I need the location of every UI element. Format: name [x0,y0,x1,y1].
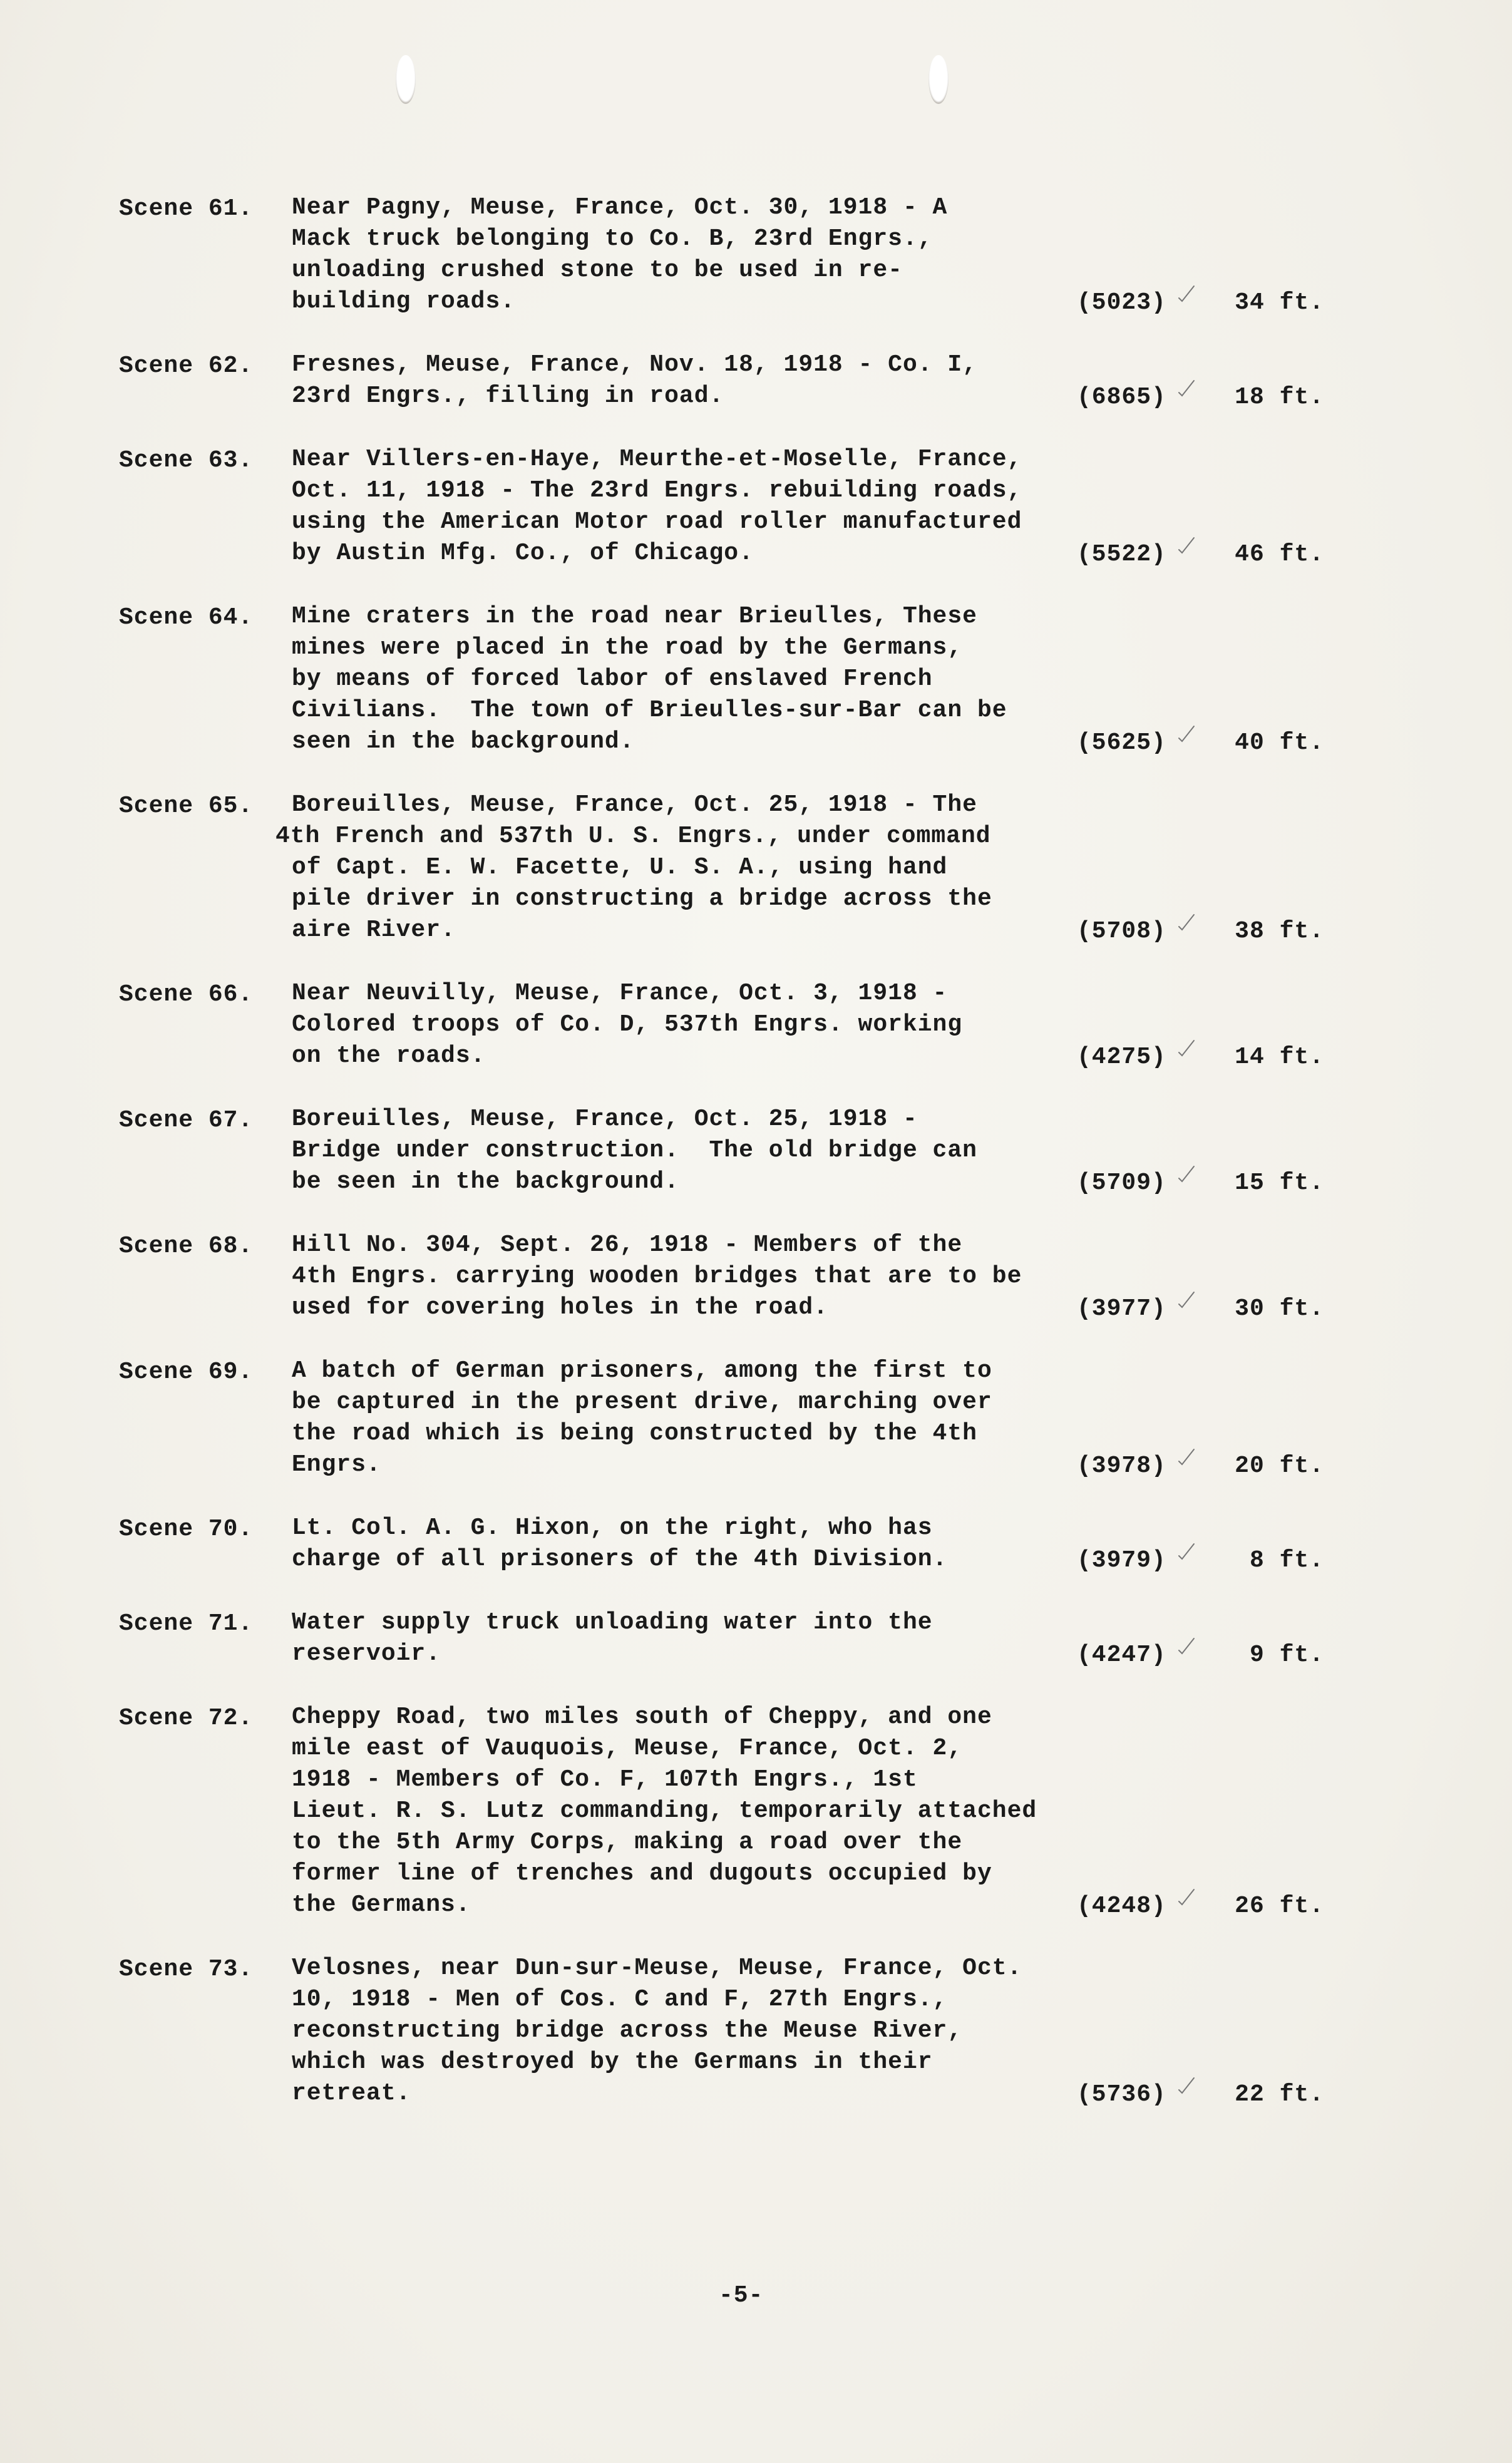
description-line: Velosnes, near Dun-sur-Meuse, Meuse, Fra… [292,1956,1022,1987]
footage-length: 34 ft. [1235,289,1324,316]
scene-label: Scene 64. [119,604,253,631]
description-line: seen in the background. [292,729,1007,761]
scene-label: Scene 65. [119,793,253,820]
description-line: 4th Engrs. carrying wooden bridges that … [292,1264,1022,1295]
pencil-check-icon [1177,536,1196,555]
reel-number: (6865) [1077,384,1166,411]
scene-label: Scene 69. [119,1359,253,1386]
reel-number: (5709) [1077,1170,1166,1196]
description-line: be captured in the present drive, marchi… [292,1390,992,1421]
scene-description: Hill No. 304, Sept. 26, 1918 - Members o… [292,1233,1022,1327]
pencil-check-icon [1177,1542,1196,1561]
document-page: Scene 61.Near Pagny, Meuse, France, Oct.… [0,0,1512,2463]
punch-hole-right [928,55,949,104]
description-line: using the American Motor road roller man… [292,510,1022,541]
description-line: by means of forced labor of enslaved Fre… [292,667,1007,698]
description-line: Near Villers-en-Haye, Meurthe-et-Moselle… [292,447,1022,478]
pencil-check-icon [1177,2076,1196,2095]
description-line: by Austin Mfg. Co., of Chicago. [292,541,1022,572]
scene-label: Scene 71. [119,1610,253,1637]
description-line: 10, 1918 - Men of Cos. C and F, 27th Eng… [292,1987,1022,2018]
footage-length: 15 ft. [1235,1170,1324,1196]
scene-description: Mine craters in the road near Brieulles,… [292,604,1007,761]
description-line: to the 5th Army Corps, making a road ove… [292,1830,1037,1861]
description-line: Bridge under construction. The old bridg… [292,1138,977,1170]
description-line: mines were placed in the road by the Ger… [292,635,1007,667]
scene-label: Scene 63. [119,447,253,474]
description-line: pile driver in constructing a bridge acr… [292,887,992,918]
footage-length: 46 ft. [1235,541,1324,568]
description-line: Boreuilles, Meuse, France, Oct. 25, 1918… [292,793,992,824]
footage-length: 9 ft. [1250,1642,1324,1669]
reel-number: (4275) [1077,1044,1166,1071]
description-line: Water supply truck unloading water into … [292,1610,933,1642]
description-line: 23rd Engrs., filling in road. [292,384,977,415]
description-line: Lt. Col. A. G. Hixon, on the right, who … [292,1516,947,1547]
description-line: the Germans. [292,1893,1037,1924]
footage-length: 26 ft. [1235,1893,1324,1920]
scene-description: Fresnes, Meuse, France, Nov. 18, 1918 - … [292,352,977,415]
footage-length: 22 ft. [1235,2081,1324,2108]
scene-description: Boreuilles, Meuse, France, Oct. 25, 1918… [292,793,992,949]
footage-length: 8 ft. [1250,1547,1324,1574]
description-line: be seen in the background. [292,1170,977,1201]
description-line: Engrs. [292,1453,992,1484]
footage-length: 40 ft. [1235,729,1324,756]
description-line: 4th French and 537th U. S. Engrs., under… [275,824,992,855]
description-line: unloading crushed stone to be used in re… [292,258,947,289]
page-number: -5- [719,2282,763,2309]
description-line: of Capt. E. W. Facette, U. S. A., using … [292,855,992,887]
reel-number: (3979) [1077,1547,1166,1574]
reel-number: (3978) [1077,1453,1166,1479]
scene-description: Near Neuvilly, Meuse, France, Oct. 3, 19… [292,981,962,1075]
scene-description: Near Pagny, Meuse, France, Oct. 30, 1918… [292,195,947,321]
scene-description: Near Villers-en-Haye, Meurthe-et-Moselle… [292,447,1022,572]
description-line: A batch of German prisoners, among the f… [292,1359,992,1390]
scene-label: Scene 73. [119,1956,253,1983]
pencil-check-icon [1177,1290,1196,1309]
description-line: Fresnes, Meuse, France, Nov. 18, 1918 - … [292,352,977,384]
pencil-check-icon [1177,284,1196,303]
scene-description: Lt. Col. A. G. Hixon, on the right, who … [292,1516,947,1578]
pencil-check-icon [1177,1637,1196,1655]
pencil-check-icon [1177,1165,1196,1183]
pencil-check-icon [1177,913,1196,932]
reel-number: (4248) [1077,1893,1166,1920]
description-line: Colored troops of Co. D, 537th Engrs. wo… [292,1012,962,1044]
description-line: Mack truck belonging to Co. B, 23rd Engr… [292,227,947,258]
description-line: Cheppy Road, two miles south of Cheppy, … [292,1705,1037,1736]
reel-number: (3977) [1077,1295,1166,1322]
pencil-check-icon [1177,379,1196,398]
scene-label: Scene 67. [119,1107,253,1134]
description-line: Near Pagny, Meuse, France, Oct. 30, 1918… [292,195,947,227]
reel-number: (4247) [1077,1642,1166,1669]
description-line: on the roads. [292,1044,962,1075]
description-line: used for covering holes in the road. [292,1295,1022,1327]
punch-hole-left [396,55,416,104]
description-line: which was destroyed by the Germans in th… [292,2050,1022,2081]
pencil-check-icon [1177,1447,1196,1466]
description-line: Near Neuvilly, Meuse, France, Oct. 3, 19… [292,981,962,1012]
footage-length: 38 ft. [1235,918,1324,945]
scene-description: Boreuilles, Meuse, France, Oct. 25, 1918… [292,1107,977,1201]
footage-length: 14 ft. [1235,1044,1324,1071]
pencil-check-icon [1177,724,1196,743]
scene-label: Scene 72. [119,1705,253,1732]
description-line: building roads. [292,289,947,321]
footage-length: 18 ft. [1235,384,1324,411]
scene-description: A batch of German prisoners, among the f… [292,1359,992,1484]
description-line: Hill No. 304, Sept. 26, 1918 - Members o… [292,1233,1022,1264]
pencil-check-icon [1177,1888,1196,1906]
scene-label: Scene 61. [119,195,253,222]
scene-label: Scene 68. [119,1233,253,1260]
scene-label: Scene 62. [119,352,253,379]
description-line: Lieut. R. S. Lutz commanding, temporaril… [292,1799,1037,1830]
reel-number: (5625) [1077,729,1166,756]
footage-length: 20 ft. [1235,1453,1324,1479]
pencil-check-icon [1177,1039,1196,1057]
description-line: Boreuilles, Meuse, France, Oct. 25, 1918… [292,1107,977,1138]
description-line: aire River. [292,918,992,949]
description-line: former line of trenches and dugouts occu… [292,1861,1037,1893]
description-line: Civilians. The town of Brieulles-sur-Bar… [292,698,1007,729]
reel-number: (5708) [1077,918,1166,945]
reel-number: (5736) [1077,2081,1166,2108]
description-line: charge of all prisoners of the 4th Divis… [292,1547,947,1578]
scene-description: Water supply truck unloading water into … [292,1610,933,1673]
description-line: reservoir. [292,1642,933,1673]
scene-label: Scene 66. [119,981,253,1008]
description-line: mile east of Vauquois, Meuse, France, Oc… [292,1736,1037,1767]
description-line: retreat. [292,2081,1022,2112]
reel-number: (5023) [1077,289,1166,316]
description-line: Oct. 11, 1918 - The 23rd Engrs. rebuildi… [292,478,1022,510]
scene-description: Velosnes, near Dun-sur-Meuse, Meuse, Fra… [292,1956,1022,2112]
reel-number: (5522) [1077,541,1166,568]
footage-length: 30 ft. [1235,1295,1324,1322]
scene-label: Scene 70. [119,1516,253,1543]
description-line: the road which is being constructed by t… [292,1421,992,1453]
description-line: Mine craters in the road near Brieulles,… [292,604,1007,635]
description-line: reconstructing bridge across the Meuse R… [292,2018,1022,2050]
description-line: 1918 - Members of Co. F, 107th Engrs., 1… [292,1767,1037,1799]
scene-description: Cheppy Road, two miles south of Cheppy, … [292,1705,1037,1924]
